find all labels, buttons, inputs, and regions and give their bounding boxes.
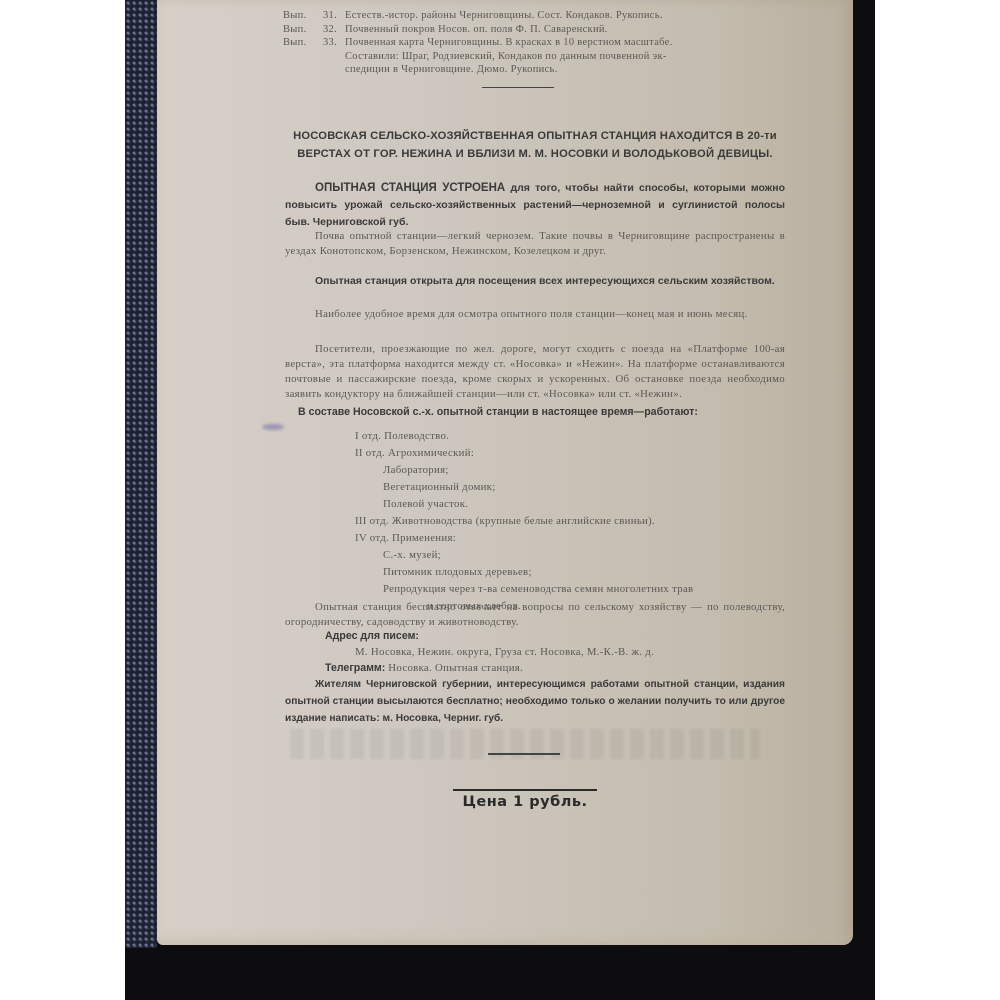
department-subitem: С.-х. музей; <box>355 547 693 564</box>
free-answers-paragraph: Опытная станция бесплатно отвечает на во… <box>285 600 785 630</box>
visitors-paragraph: Посетители, проезжающие по жел. дороге, … <box>285 342 785 402</box>
departments-heading: В составе Носовской с.-х. опытной станци… <box>298 406 698 418</box>
publication-item: Вып. 32. Почвенный покров Носов. оп. пол… <box>283 23 673 37</box>
residents-note-paragraph: Жителям Черниговской губернии, интересую… <box>285 676 785 727</box>
divider-rule <box>488 753 560 755</box>
purpose-lead: ОПЫТНАЯ СТАНЦИЯ УСТРОЕНА <box>315 182 505 194</box>
price-rule <box>453 789 597 791</box>
purpose-paragraph: ОПЫТНАЯ СТАНЦИЯ УСТРОЕНА для того, чтобы… <box>285 180 785 231</box>
publication-item: Вып. 33. Почвенная карта Черниговщины. В… <box>283 36 673 50</box>
open-visits-paragraph: Опытная станция открыта для посещения вс… <box>285 273 785 290</box>
telegram-label: Телеграмм: <box>325 662 385 674</box>
departments-list: I отд. Полеводство. II отд. Агрохимическ… <box>355 428 693 615</box>
leather-binding-strip <box>125 0 157 948</box>
station-heading: НОСОВСКАЯ СЕЛЬСКО-ХОЗЯЙСТВЕННАЯ ОПЫТНАЯ … <box>270 127 800 163</box>
department-item: IV отд. Применения: <box>355 530 693 547</box>
publication-continuation: спедиции в Черниговщине. Дюмо. Рукопись. <box>283 63 673 77</box>
price-label: Цена 1 рубль. <box>375 794 675 810</box>
telegram-value: Носовка. Опытная станция. <box>385 662 523 674</box>
department-subitem: Вегетационный домик; <box>355 479 693 496</box>
address-label: Адрес для писем: <box>325 630 419 642</box>
address-value: М. Носовка, Нежин. округа, Груза ст. Нос… <box>355 646 654 658</box>
publication-list: Вып. 31. Естеств.-истор. районы Чернигов… <box>283 9 673 77</box>
department-item: I отд. Полеводство. <box>355 428 693 445</box>
divider-rule <box>482 87 554 88</box>
department-item: III отд. Животноводства (крупные белые а… <box>355 513 693 530</box>
soil-paragraph: Почва опытной станции—легкий чернозем. Т… <box>285 229 785 259</box>
publication-item: Вып. 31. Естеств.-истор. районы Чернигов… <box>283 9 673 23</box>
department-subitem: Репродукция через т-ва семеноводства сем… <box>355 581 693 598</box>
department-subitem: Питомник плодовых деревьев; <box>355 564 693 581</box>
department-subitem: Полевой участок. <box>355 496 693 513</box>
telegram-line: Телеграмм: Носовка. Опытная станция. <box>325 661 523 674</box>
publication-continuation: Составили: Шраг, Родзиевский, Кондаков п… <box>283 50 673 64</box>
department-subitem: Лаборатория; <box>355 462 693 479</box>
ink-stain <box>262 424 284 430</box>
best-time-paragraph: Наиболее удобное время для осмотра опытн… <box>285 307 785 322</box>
department-item: II отд. Агрохимический: <box>355 445 693 462</box>
